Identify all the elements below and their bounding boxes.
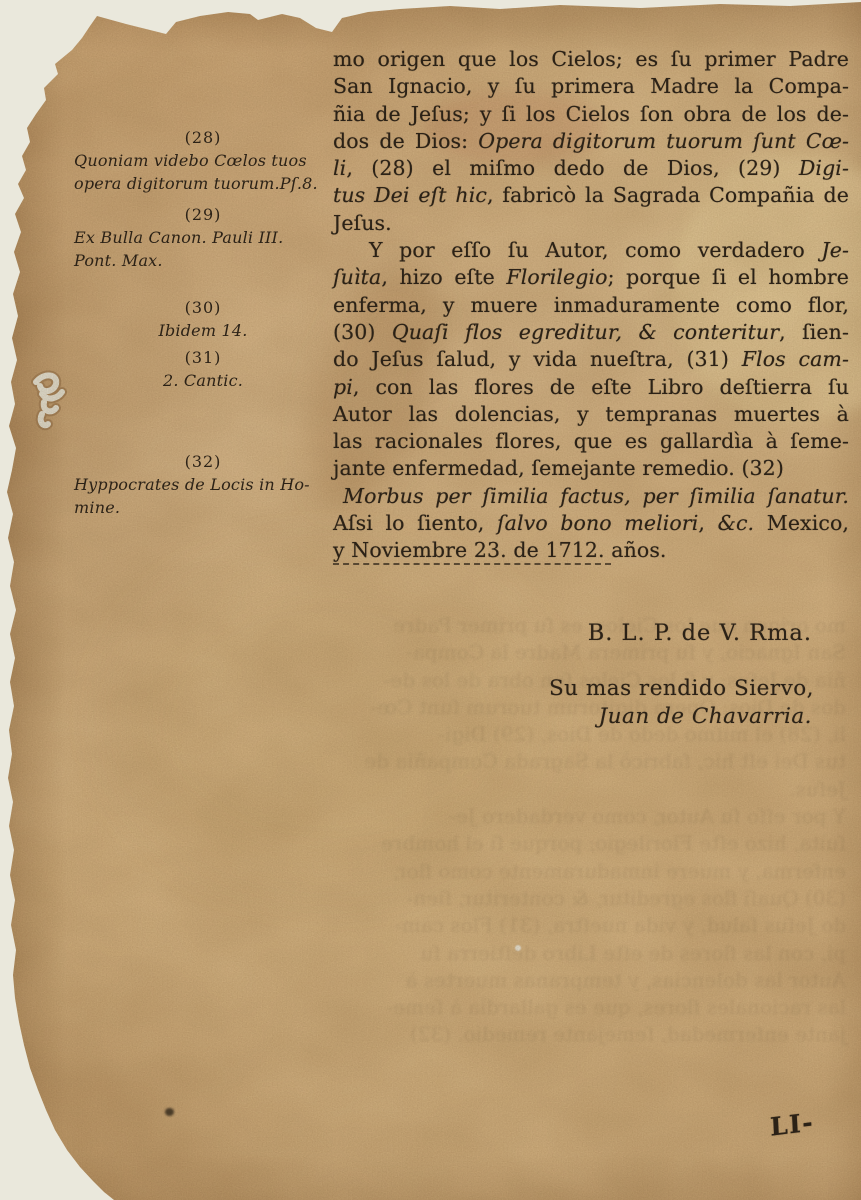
- margin-note-number: (31): [74, 346, 332, 369]
- text-line: Y por eſſo ſu Autor, como verdadero Je-: [333, 237, 849, 264]
- margin-note-number: (28): [74, 126, 332, 149]
- paper-edge-shading-bottom: [0, 1154, 861, 1200]
- page-paper: mo origen que los Cielos; es ſu primer P…: [0, 0, 861, 1200]
- margin-note: (30)Ibidem 14.: [74, 296, 332, 342]
- soft-mottle: [120, 560, 540, 880]
- text-line: Morbus per ſimilia factus, per ſimilia ſ…: [333, 483, 849, 510]
- margin-note-line: Quoniam videbo Cœlos tuos: [74, 149, 332, 172]
- paper-edge-shading-top: [0, 0, 861, 52]
- valediction-line: B. L. P. de V. Rma.: [588, 620, 812, 646]
- text-line: jante enfermedad, ſemejante remedio. (32…: [333, 455, 849, 482]
- text-line: do Jeſus ſalud, y vida nueſtra, (31) Flo…: [333, 346, 849, 373]
- text-line: mo origen que los Cielos; es ſu primer P…: [333, 46, 849, 73]
- author-name: Juan de Chavarria.: [599, 704, 812, 729]
- margin-note: (31)2. Cantic.: [74, 346, 332, 392]
- scan-background: mo origen que los Cielos; es ſu primer P…: [0, 0, 861, 1200]
- margin-note-line: Hyppocrates de Locis in Ho-: [74, 473, 332, 496]
- margin-note: (28)Quoniam videbo Cœlos tuosopera digit…: [74, 126, 332, 195]
- main-text-block: mo origen que los Cielos; es ſu primer P…: [333, 46, 849, 565]
- text-line: dos de Dios: Opera digitorum tuorum ſunt…: [333, 128, 849, 155]
- margin-note-line: Pont. Max.: [74, 249, 332, 272]
- margin-note-number: (32): [74, 450, 332, 473]
- text-line: tus Dei eſt hic, fabricò la Sagrada Comp…: [333, 182, 849, 209]
- text-line: Aſsi lo ſiento, ſalvo bono meliori, &c. …: [333, 510, 849, 537]
- text-line: y Noviembre 23. de 1712. años.: [333, 537, 849, 564]
- paper-edge-shading-left: [0, 0, 78, 1200]
- text-line: pi, con las flores de eſte Libro deſtier…: [333, 374, 849, 401]
- margin-note-line: 2. Cantic.: [74, 369, 332, 392]
- margin-note-line: mine.: [74, 496, 332, 519]
- text-line: ñia de Jeſus; y ſi los Cielos ſon obra d…: [333, 101, 849, 128]
- margin-note-line: opera digitorum tuorum.Pſ.8.: [74, 172, 332, 195]
- margin-note: (29)Ex Bulla Canon. Pauli III.Pont. Max.: [74, 203, 332, 272]
- margin-note-number: (30): [74, 296, 332, 319]
- text-line: Jeſus.: [333, 210, 849, 237]
- text-line: (30) Quaſi flos egreditur, & conteritur,…: [333, 319, 849, 346]
- text-line: ſuìta, hizo eſte Florilegio; porque ſi e…: [333, 264, 849, 291]
- margin-note-line: Ex Bulla Canon. Pauli III.: [74, 226, 332, 249]
- text-line: Autor las dolencias, y tempranas muertes…: [333, 401, 849, 428]
- margin-note-number: (29): [74, 203, 332, 226]
- margin-note: (32)Hyppocrates de Locis in Ho-mine.: [74, 450, 332, 519]
- closing-line: Su mas rendido Siervo,: [549, 676, 814, 701]
- text-line: li, (28) el miſmo dedo de Dios, (29) Dig…: [333, 155, 849, 182]
- white-fleck: [515, 945, 521, 951]
- dark-speck: [165, 1108, 174, 1116]
- text-line: las racionales flores, que es gallardìa …: [333, 428, 849, 455]
- text-line: enferma, y muere inmaduramente como flor…: [333, 292, 849, 319]
- margin-note-line: Ibidem 14.: [74, 319, 332, 342]
- text-line: San Ignacio, y ſu primera Madre la Compa…: [333, 73, 849, 100]
- catchword: LI-: [769, 1107, 814, 1141]
